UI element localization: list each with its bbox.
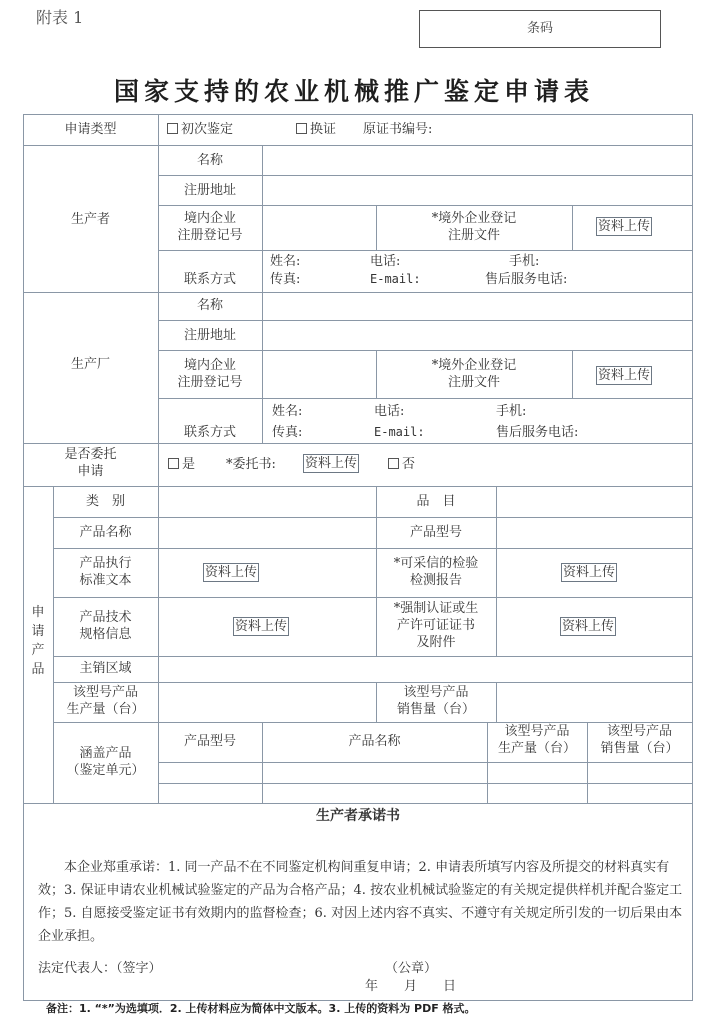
factory-contact-fax: 传真:: [272, 424, 302, 441]
sales-region-label: 主销区域: [53, 660, 158, 677]
producer-domestic-reg-input[interactable]: [264, 207, 375, 249]
covered-row-1-model-input[interactable]: [160, 764, 261, 782]
producer-contact-mobile: 手机:: [509, 253, 539, 270]
covered-row-2-sales-input[interactable]: [589, 785, 690, 802]
checkbox-entrusted-no[interactable]: [388, 458, 399, 469]
producer-contact-name: 姓名:: [270, 253, 300, 270]
producer-contact-phone: 电话:: [370, 253, 400, 270]
pledge-body: 本企业郑重承诺：1. 同一产品不在不同鉴定机构间重复申请；2. 申请表所填写内容…: [38, 856, 688, 948]
producer-contact-label: 联系方式: [158, 271, 262, 288]
standard-text-upload-button[interactable]: 资料上传: [203, 563, 259, 582]
factory-contact-phone: 电话:: [374, 403, 404, 420]
product-section-label: 申 请 产 品: [23, 603, 53, 679]
producer-address-input[interactable]: [264, 177, 690, 204]
producer-foreign-reg-upload-button[interactable]: 资料上传: [596, 217, 652, 236]
covered-header-sales: 该型号产品 销售量（台）: [587, 723, 692, 757]
checkbox-initial[interactable]: [167, 123, 178, 134]
item-label: 品 目: [376, 493, 496, 510]
covered-header-name: 产品名称: [262, 733, 487, 750]
factory-foreign-reg-upload-button[interactable]: 资料上传: [596, 366, 652, 385]
power-of-attorney-label: *委托书:: [226, 456, 276, 473]
certificate-upload-button[interactable]: 资料上传: [560, 617, 616, 636]
entrusted-option-no[interactable]: 否: [388, 456, 415, 473]
production-qty-input[interactable]: [160, 684, 375, 721]
product-name-input[interactable]: [160, 519, 375, 547]
covered-row-1-name-input[interactable]: [264, 764, 486, 782]
covered-row-1-production-input[interactable]: [489, 764, 586, 782]
production-qty-label: 该型号产品 生产量（台）: [53, 684, 158, 718]
category-input[interactable]: [160, 488, 375, 516]
producer-foreign-reg-label: *境外企业登记 注册文件: [376, 210, 572, 244]
factory-name-label: 名称: [158, 297, 262, 314]
product-model-input[interactable]: [498, 519, 690, 547]
covered-row-1-sales-input[interactable]: [589, 764, 690, 782]
factory-contact-after-sales: 售后服务电话:: [496, 424, 578, 441]
producer-contact-fax: 传真:: [270, 271, 300, 288]
producer-name-input[interactable]: [264, 147, 690, 174]
covered-row-2-name-input[interactable]: [264, 785, 486, 802]
item-input[interactable]: [498, 488, 690, 516]
original-cert-no-label: 原证书编号:: [363, 121, 432, 138]
application-type-label: 申请类型: [23, 121, 158, 138]
covered-products-label: 涵盖产品 （鉴定单元）: [53, 745, 158, 779]
factory-contact-label: 联系方式: [158, 424, 262, 441]
barcode-box: 条码: [419, 10, 661, 48]
date-label: 年 月 日: [365, 978, 456, 995]
producer-domestic-reg-label: 境内企业 注册登记号: [158, 210, 262, 244]
product-name-label: 产品名称: [53, 524, 158, 541]
power-of-attorney-upload-button[interactable]: 资料上传: [303, 454, 359, 473]
entrusted-option-yes[interactable]: 是: [168, 456, 195, 473]
producer-section-label: 生产者: [23, 211, 158, 228]
factory-address-input[interactable]: [264, 322, 690, 349]
tech-spec-label: 产品技术 规格信息: [53, 609, 158, 643]
checkbox-entrusted-yes[interactable]: [168, 458, 179, 469]
producer-name-label: 名称: [158, 152, 262, 169]
appendix-label: 附表 1: [36, 8, 83, 28]
producer-contact-after-sales: 售后服务电话:: [485, 271, 567, 288]
factory-contact-email: E-mail:: [374, 424, 425, 441]
factory-address-label: 注册地址: [158, 327, 262, 344]
footnote: 备注：1. “*”为选填项．2. 上传材料应为简体中文版本。3. 上传的资料为 …: [46, 1000, 476, 1016]
covered-row-2-production-input[interactable]: [489, 785, 586, 802]
sales-region-input[interactable]: [160, 658, 690, 681]
producer-contact-email: E-mail:: [370, 271, 421, 288]
legal-rep-signature-label: 法定代表人：（签字）: [38, 960, 162, 977]
option-initial[interactable]: 初次鉴定: [167, 121, 233, 138]
test-report-upload-button[interactable]: 资料上传: [561, 563, 617, 582]
standard-text-label: 产品执行 标准文本: [53, 555, 158, 589]
factory-section-label: 生产厂: [23, 356, 158, 373]
original-cert-no-input[interactable]: [440, 117, 688, 142]
tech-spec-upload-button[interactable]: 资料上传: [233, 617, 289, 636]
covered-header-production: 该型号产品 生产量（台）: [487, 723, 587, 757]
factory-foreign-reg-label: *境外企业登记 注册文件: [376, 357, 572, 391]
option-renewal[interactable]: 换证: [296, 121, 336, 138]
certificate-label: *强制认证或生 产许可证证书 及附件: [376, 600, 496, 651]
producer-address-label: 注册地址: [158, 182, 262, 199]
factory-contact-mobile: 手机:: [496, 403, 526, 420]
company-seal-label: （公章）: [385, 960, 437, 977]
category-label: 类 别: [53, 493, 158, 510]
sales-qty-label: 该型号产品 销售量（台）: [376, 684, 496, 718]
factory-domestic-reg-label: 境内企业 注册登记号: [158, 357, 262, 391]
test-report-label: *可采信的检验 检测报告: [376, 555, 496, 589]
factory-contact-name: 姓名:: [272, 403, 302, 420]
covered-header-model: 产品型号: [158, 733, 262, 750]
factory-domestic-reg-input[interactable]: [264, 352, 375, 397]
pledge-title: 生产者承诺书: [23, 808, 693, 825]
checkbox-renewal[interactable]: [296, 123, 307, 134]
product-model-label: 产品型号: [376, 524, 496, 541]
covered-row-2-model-input[interactable]: [160, 785, 261, 802]
page-title: 国家支持的农业机械推广鉴定申请表: [0, 72, 708, 108]
sales-qty-input[interactable]: [498, 684, 690, 721]
factory-name-input[interactable]: [264, 294, 690, 319]
entrusted-label: 是否委托 申请: [23, 446, 158, 480]
